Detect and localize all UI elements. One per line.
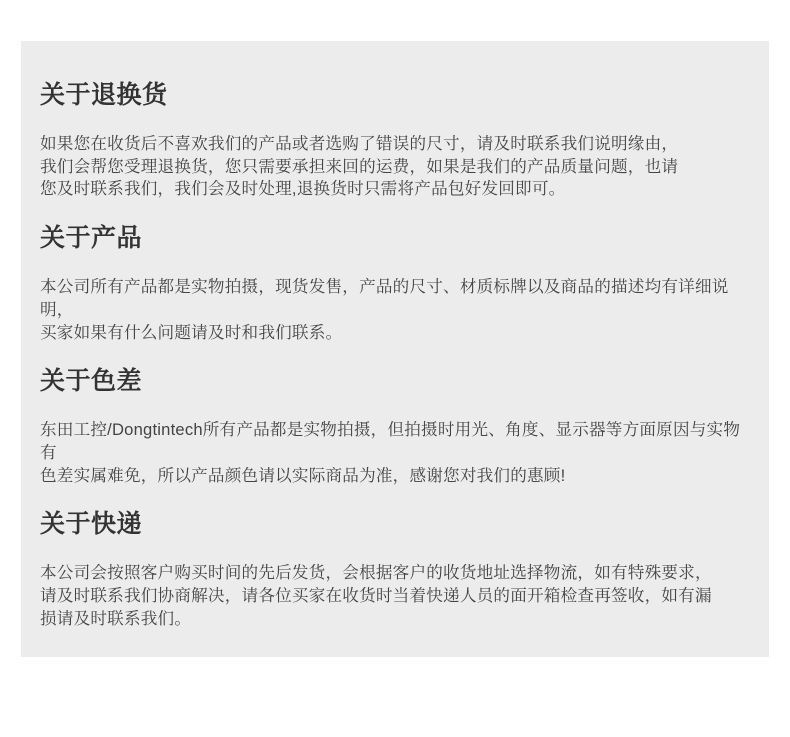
section-color-difference: 关于色差 东田工控/Dongtintech所有产品都是实物拍摄，但拍摄时用光、角… (40, 366, 751, 487)
section-color-difference-body: 东田工控/Dongtintech所有产品都是实物拍摄，但拍摄时用光、角度、显示器… (40, 419, 751, 487)
section-color-difference-heading: 关于色差 (40, 366, 751, 396)
section-shipping: 关于快递 本公司会按照客户购买时间的先后发货，会根据客户的收货地址选择物流，如有… (40, 509, 751, 630)
section-product-heading: 关于产品 (40, 223, 751, 253)
section-shipping-heading: 关于快递 (40, 509, 751, 539)
section-product-body: 本公司所有产品都是实物拍摄，现货发售，产品的尺寸、材质标牌以及商品的描述均有详细… (40, 276, 751, 344)
section-shipping-body: 本公司会按照客户购买时间的先后发货，会根据客户的收货地址选择物流，如有特殊要求，… (40, 562, 751, 630)
page: { "page": { "background_color": "#ffffff… (0, 0, 790, 737)
section-returns: 关于退换货 如果您在收货后不喜欢我们的产品或者选购了错误的尺寸，请及时联系我们说… (40, 80, 751, 201)
section-returns-body: 如果您在收货后不喜欢我们的产品或者选购了错误的尺寸，请及时联系我们说明缘由， 我… (40, 133, 751, 201)
section-returns-heading: 关于退换货 (40, 80, 751, 110)
section-product: 关于产品 本公司所有产品都是实物拍摄，现货发售，产品的尺寸、材质标牌以及商品的描… (40, 223, 751, 344)
policy-panel: 关于退换货 如果您在收货后不喜欢我们的产品或者选购了错误的尺寸，请及时联系我们说… (21, 41, 769, 657)
